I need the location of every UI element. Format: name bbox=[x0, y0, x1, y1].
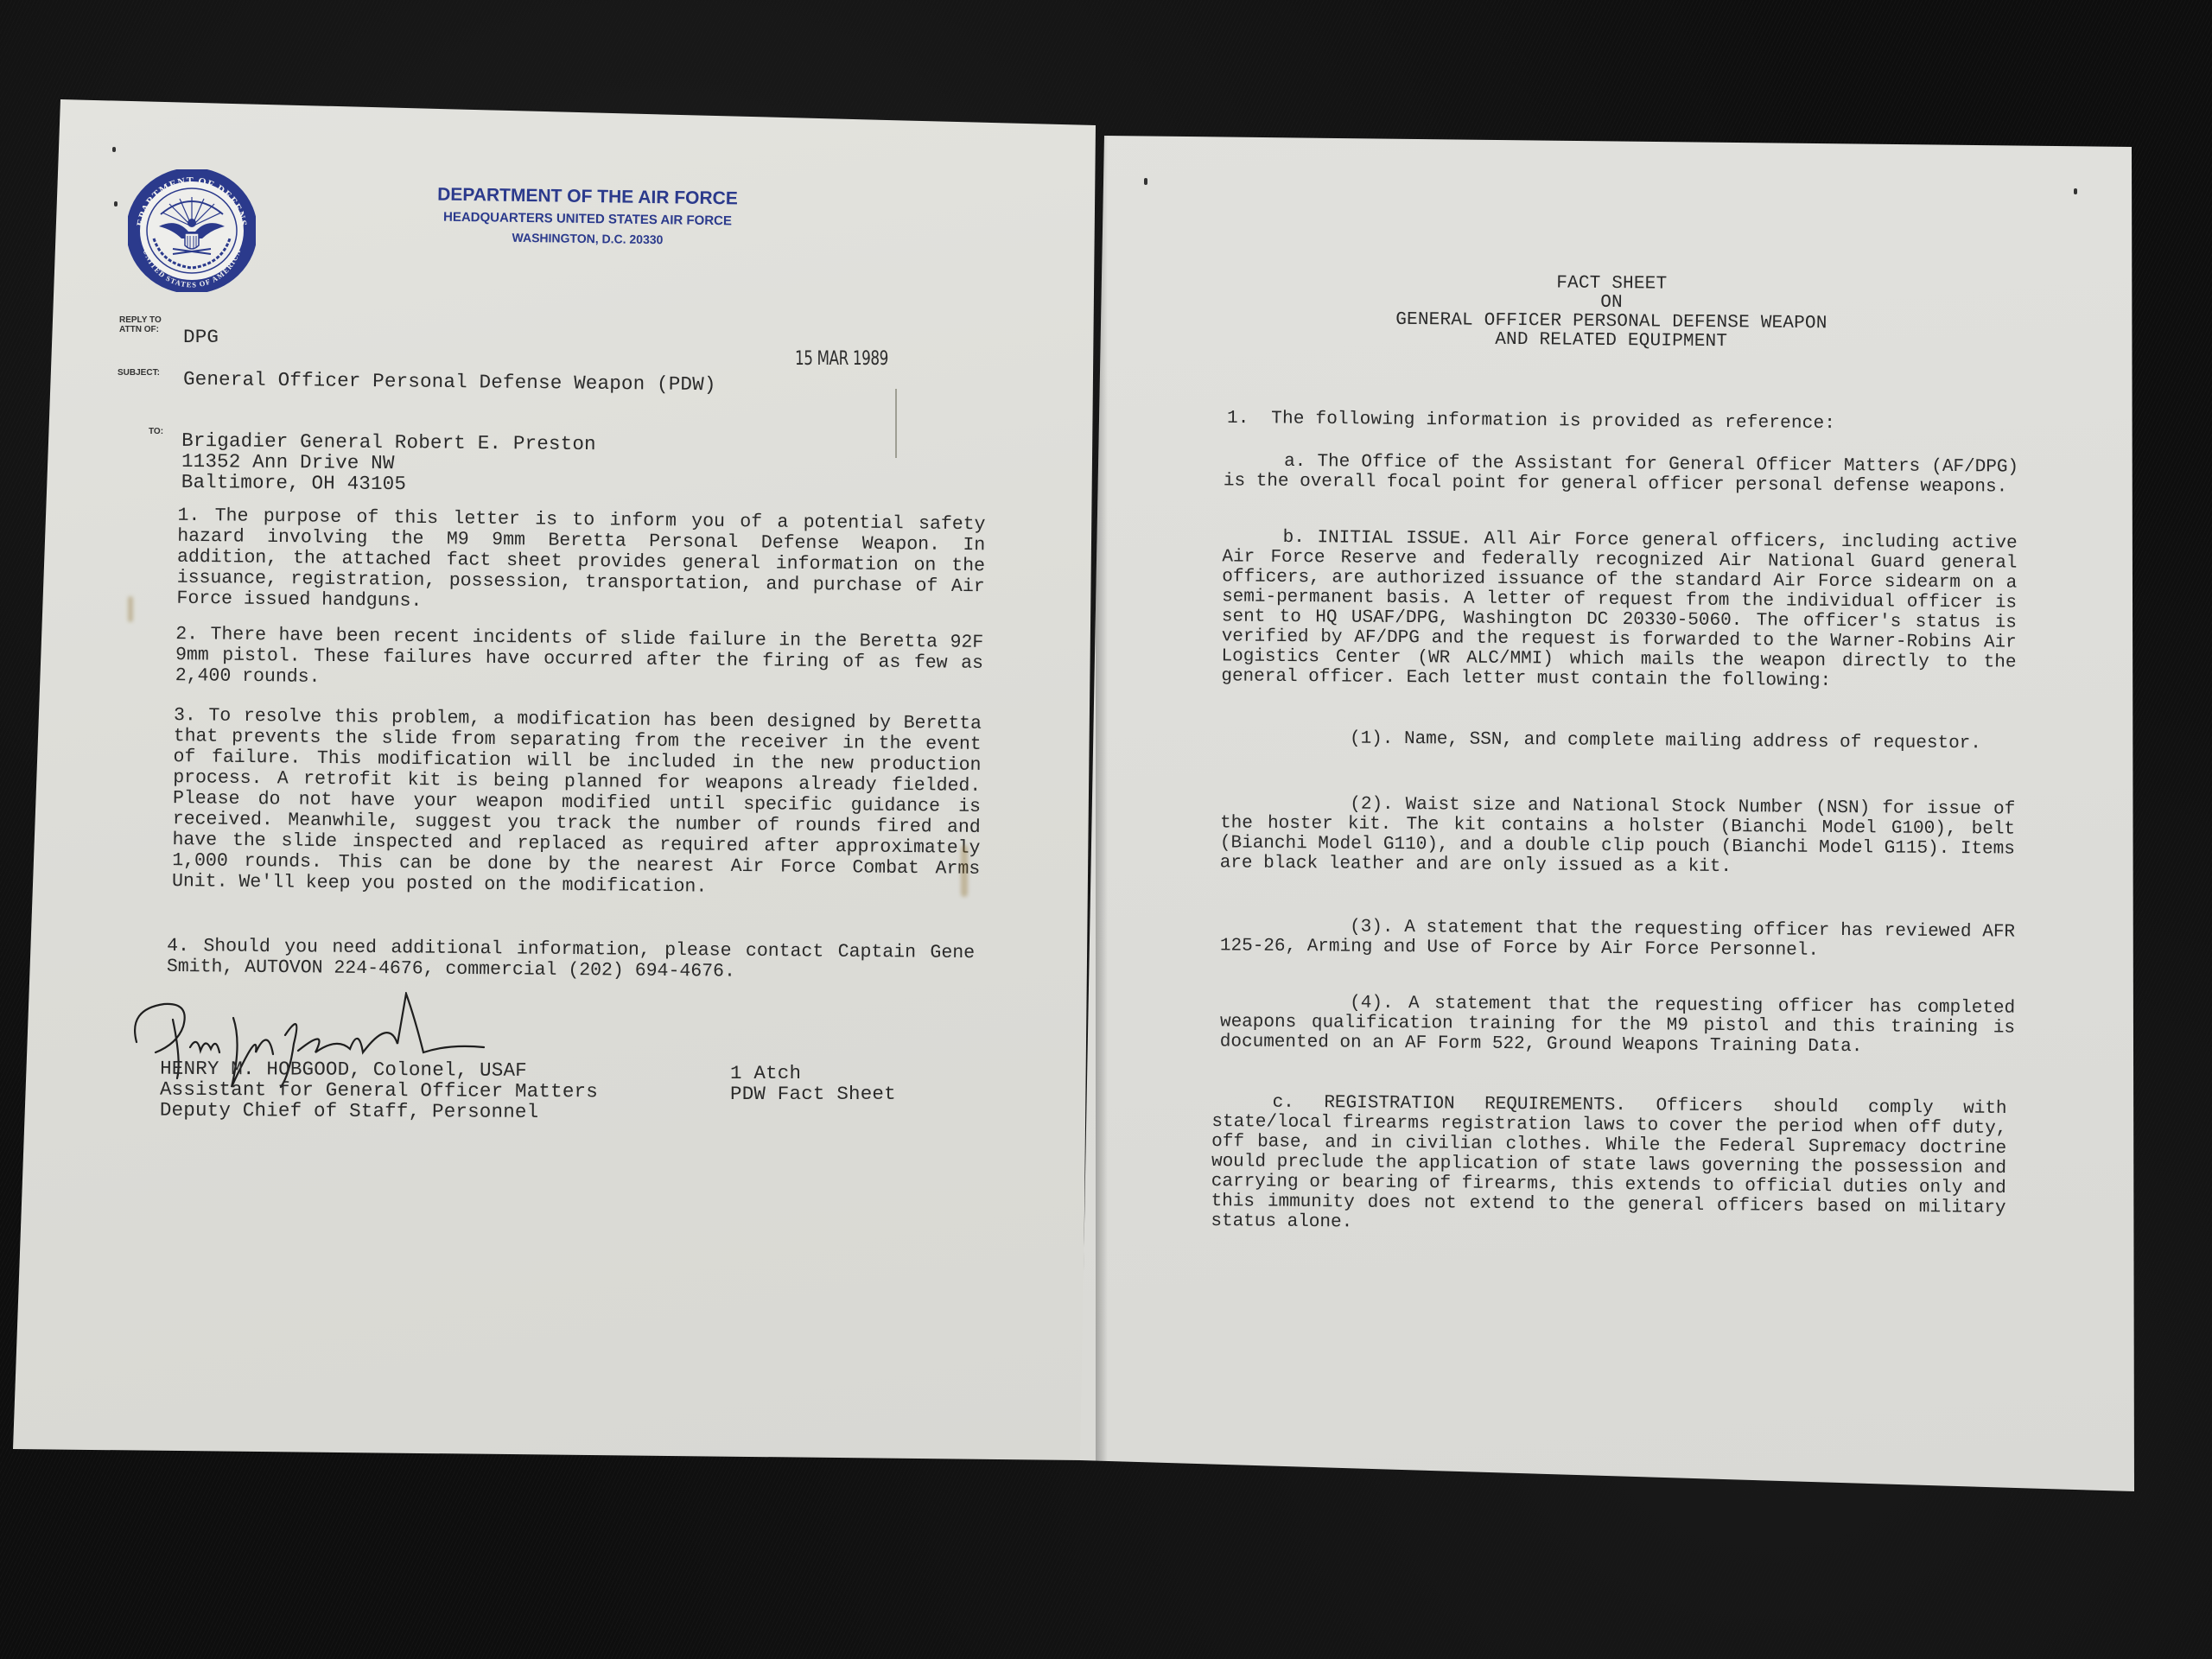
letterhead-org: DEPARTMENT OF THE AIR FORCE bbox=[380, 184, 795, 211]
fact-sheet-intro: 1. The following information is provided… bbox=[1227, 409, 1835, 435]
rust-stain bbox=[128, 596, 133, 622]
paper-mark bbox=[895, 389, 897, 458]
fact-sheet-item-a: a. The Office of the Assistant for Gener… bbox=[1224, 451, 2018, 497]
letterhead-city: WASHINGTON, D.C. 20330 bbox=[380, 229, 795, 249]
punch-mark bbox=[1144, 178, 1147, 185]
to-label: TO: bbox=[149, 427, 163, 436]
signer-office: Deputy Chief of Staff, Personnel bbox=[160, 1100, 598, 1123]
letter-date: 15 MAR 1989 bbox=[795, 348, 888, 370]
fact-sheet-subitem-1: (1). Name, SSN, and complete mailing add… bbox=[1220, 728, 2015, 753]
rust-stain bbox=[961, 845, 968, 897]
letterhead-hq: HEADQUARTERS UNITED STATES AIR FORCE bbox=[380, 209, 795, 230]
letter-paragraph-2: 2. There have been recent incidents of s… bbox=[175, 624, 984, 695]
letter-paragraph-3: 3. To resolve this problem, a modificati… bbox=[172, 705, 982, 900]
reply-to-label: REPLY TO ATTN OF: bbox=[119, 315, 162, 334]
subject-line: General Officer Personal Defense Weapon … bbox=[183, 369, 716, 395]
letter-paragraph-4: 4. Should you need additional informatio… bbox=[167, 936, 975, 984]
addressee-line: Baltimore, OH 43105 bbox=[181, 472, 596, 496]
fact-sheet-item-b: b. INITIAL ISSUE. All Air Force general … bbox=[1221, 527, 2017, 692]
subject-label: SUBJECT: bbox=[118, 368, 160, 378]
fact-sheet-subitem-2: (2). Waist size and National Stock Numbe… bbox=[1220, 793, 2016, 879]
signature-block: HENRY M. HOBGOOD, Colonel, USAF Assistan… bbox=[160, 1058, 598, 1123]
fact-sheet-title: FACT SHEET ON GENERAL OFFICER PERSONAL D… bbox=[1348, 272, 1876, 353]
fact-sheet-subitem-3: (3). A statement that the requesting off… bbox=[1220, 916, 2015, 962]
reply-to-value: DPG bbox=[183, 327, 219, 347]
fact-sheet-subitem-4: (4). A statement that the requesting off… bbox=[1220, 992, 2016, 1058]
punch-mark bbox=[2074, 188, 2077, 194]
punch-mark bbox=[114, 201, 118, 207]
fact-sheet-item-c: c. REGISTRATION REQUIREMENTS. Officers s… bbox=[1211, 1092, 2006, 1238]
punch-mark bbox=[112, 147, 116, 152]
attachment-count: 1 Atch bbox=[730, 1063, 896, 1084]
department-of-defense-seal-icon: DEPARTMENT OF DEFENSE UNITED STATES OF A… bbox=[128, 169, 256, 292]
attachment-block: 1 Atch PDW Fact Sheet bbox=[730, 1063, 896, 1104]
page-edge-shadow bbox=[1096, 130, 1108, 1465]
addressee-block: Brigadier General Robert E. Preston 1135… bbox=[181, 430, 596, 496]
attachment-title: PDW Fact Sheet bbox=[730, 1084, 896, 1104]
letter-paragraph-1: 1. The purpose of this letter is to info… bbox=[176, 505, 985, 619]
